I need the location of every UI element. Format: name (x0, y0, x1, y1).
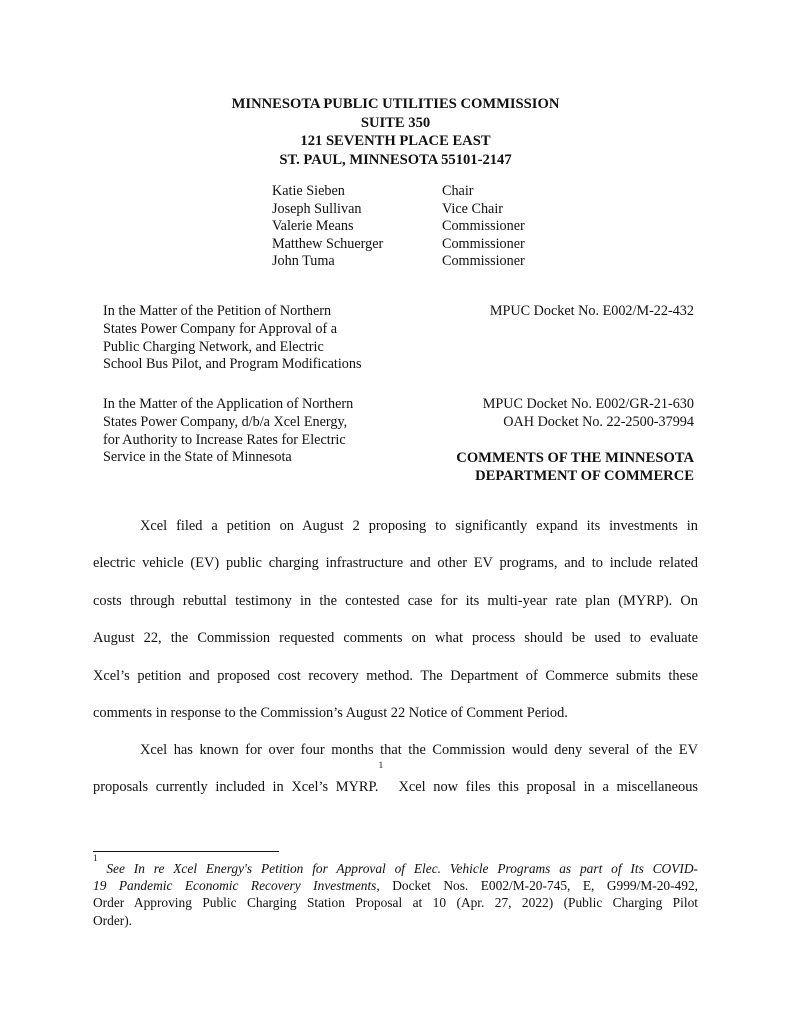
roster-row: John Tuma Commissioner (272, 253, 525, 271)
commissioner-title: Commissioner (442, 236, 525, 254)
roster-row: Joseph Sullivan Vice Chair (272, 201, 525, 219)
body-line: August 22, the Commission requested comm… (93, 620, 698, 657)
caption-line: School Bus Pilot, and Program Modificati… (103, 356, 403, 374)
case-caption-rate-case: In the Matter of the Application of Nort… (103, 396, 403, 467)
case-caption-petition: In the Matter of the Petition of Norther… (103, 303, 403, 374)
commissioner-name: Joseph Sullivan (272, 201, 442, 219)
commissioner-name: Matthew Schuerger (272, 236, 442, 254)
footnote-1: 1 See In re Xcel Energy's Petition for A… (93, 860, 698, 929)
body-paragraph-2: Xcel has known for over four months that… (93, 732, 698, 807)
caption-line: In the Matter of the Petition of Norther… (103, 303, 403, 321)
footnote-reference[interactable]: 1 (379, 761, 384, 771)
body-line: Xcel filed a petition on August 2 propos… (93, 508, 698, 545)
body-paragraph-1: Xcel filed a petition on August 2 propos… (93, 508, 698, 732)
header-line-commission: MINNESOTA PUBLIC UTILITIES COMMISSION (0, 95, 791, 114)
caption-line: States Power Company, d/b/a Xcel Energy, (103, 414, 403, 432)
docket-numbers-petition: MPUC Docket No. E002/M-22-432 (490, 303, 694, 321)
body-line: costs through rebuttal testimony in the … (93, 583, 698, 620)
commissioner-name: Valerie Means (272, 218, 442, 236)
roster-row: Valerie Means Commissioner (272, 218, 525, 236)
roster-row: Katie Sieben Chair (272, 183, 525, 201)
caption-line: for Authority to Increase Rates for Elec… (103, 432, 403, 450)
body-line: Xcel has known for over four months that… (93, 732, 698, 769)
commissioner-title: Commissioner (442, 253, 525, 271)
body-text-after-ref: Xcel now files this proposal in a miscel… (383, 779, 698, 795)
footnote-line: 1 See In re Xcel Energy's Petition for A… (93, 860, 698, 877)
footnote-case-citation: See In re Xcel Energy's Petition for App… (106, 861, 698, 876)
body-line: comments in response to the Commission’s… (93, 695, 698, 732)
document-title-line: COMMENTS OF THE MINNESOTA (456, 449, 694, 467)
commissioner-roster: Katie Sieben Chair Joseph Sullivan Vice … (272, 183, 525, 271)
body-line: Xcel’s petition and proposed cost recove… (93, 658, 698, 695)
commissioner-title: Commissioner (442, 218, 525, 236)
body-text-before-ref: proposals currently included in Xcel’s M… (93, 779, 379, 795)
footnote-line: Order Approving Public Charging Station … (93, 894, 698, 911)
header-line-street: 121 SEVENTH PLACE EAST (0, 132, 791, 151)
caption-line: Service in the State of Minnesota (103, 449, 403, 467)
caption-line: In the Matter of the Application of Nort… (103, 396, 403, 414)
body-line: proposals currently included in Xcel’s M… (93, 769, 698, 806)
body-line: electric vehicle (EV) public charging in… (93, 545, 698, 582)
document-title: COMMENTS OF THE MINNESOTA DEPARTMENT OF … (456, 449, 694, 485)
footnote-line: 19 Pandemic Economic Recovery Investment… (93, 877, 698, 894)
header-line-city: ST. PAUL, MINNESOTA 55101-2147 (0, 151, 791, 170)
footnote-separator (93, 851, 279, 852)
footnote-number: 1 (93, 853, 98, 863)
caption-line: Public Charging Network, and Electric (103, 339, 403, 357)
document-title-line: DEPARTMENT OF COMMERCE (456, 467, 694, 485)
mpuc-docket-number: MPUC Docket No. E002/GR-21-630 (483, 396, 694, 414)
footnote-line: Order). (93, 912, 698, 929)
commissioner-title: Chair (442, 183, 474, 201)
mpuc-docket-number: MPUC Docket No. E002/M-22-432 (490, 303, 694, 321)
caption-line: States Power Company for Approval of a (103, 321, 403, 339)
header-line-suite: SUITE 350 (0, 114, 791, 133)
commissioner-name: John Tuma (272, 253, 442, 271)
oah-docket-number: OAH Docket No. 22-2500-37994 (483, 414, 694, 432)
roster-row: Matthew Schuerger Commissioner (272, 236, 525, 254)
document-page: MINNESOTA PUBLIC UTILITIES COMMISSION SU… (0, 0, 791, 1024)
commission-header: MINNESOTA PUBLIC UTILITIES COMMISSION SU… (0, 95, 791, 169)
commissioner-name: Katie Sieben (272, 183, 442, 201)
commissioner-title: Vice Chair (442, 201, 503, 219)
footnote-docket-text: , Docket Nos. E002/M-20-745, E, G999/M-2… (376, 878, 698, 893)
footnote-case-citation-cont: 19 Pandemic Economic Recovery Investment… (93, 878, 376, 893)
docket-numbers-rate-case: MPUC Docket No. E002/GR-21-630 OAH Docke… (483, 396, 694, 432)
